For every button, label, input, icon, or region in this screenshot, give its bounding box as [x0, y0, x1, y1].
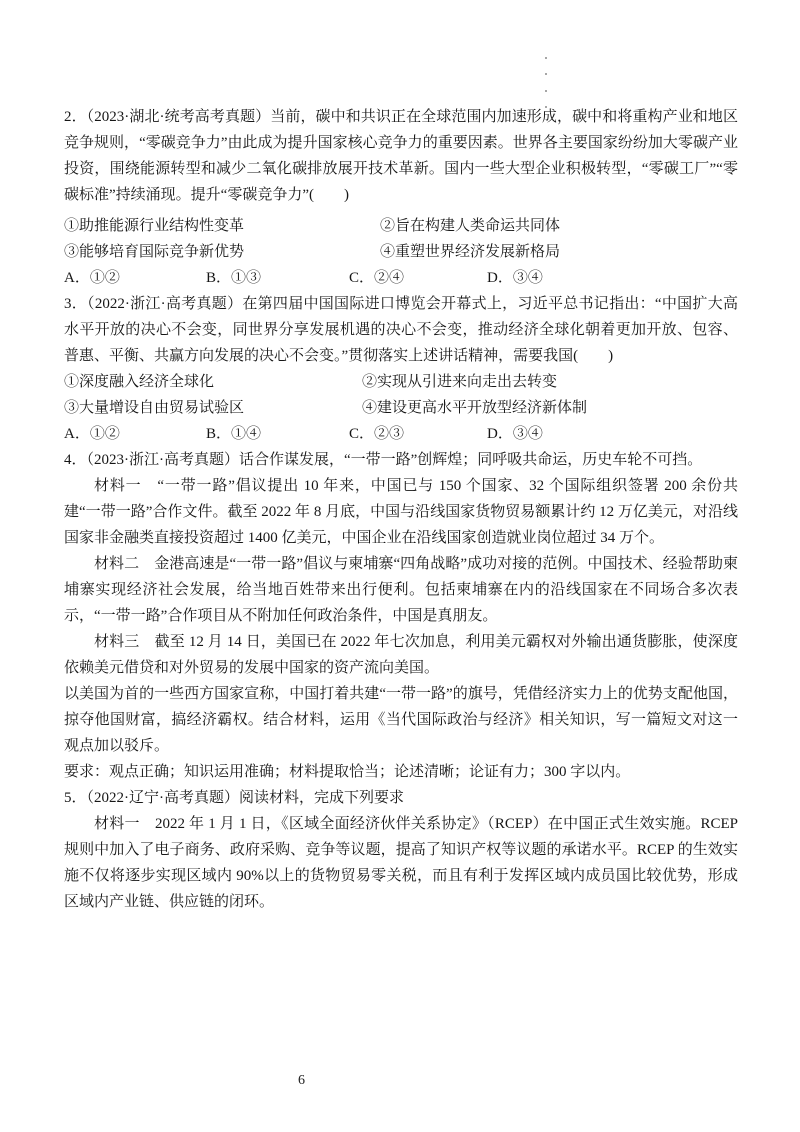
- question-4-material-3: 材料三 截至 12 月 14 日，美国已在 2022 年七次加息，利用美元霸权对…: [64, 629, 738, 681]
- question-2-options: ①助推能源行业结构性变革 ②旨在构建人类命运共同体 ③能够培育国际竞争新优势 ④…: [64, 213, 738, 265]
- question-3-options: ①深度融入经济全球化 ②实现从引进来向走出去转变 ③大量增设自由贸易试验区 ④建…: [64, 369, 738, 421]
- document-page: 2．（2023·湖北·统考高考真题）当前，碳中和共识正在全球范围内加速形成，碳中…: [0, 0, 800, 1132]
- scan-artifact-dot: [545, 73, 547, 75]
- question-3-option-4: ④建设更高水平开放型经济新体制: [362, 395, 738, 421]
- question-3-option-2: ②实现从引进来向走出去转变: [362, 369, 738, 395]
- scan-artifact-dot: [545, 57, 547, 59]
- question-3-option-1: ①深度融入经济全球化: [64, 369, 362, 395]
- question-5-stem: 5．（2022·辽宁·高考真题）阅读材料，完成下列要求: [64, 785, 738, 811]
- question-3-choice-c: C．②③: [349, 421, 487, 447]
- question-2-option-3: ③能够培育国际竞争新优势: [64, 239, 380, 265]
- question-2-stem: 2．（2023·湖北·统考高考真题）当前，碳中和共识正在全球范围内加速形成，碳中…: [64, 104, 738, 208]
- scan-artifact-dot: [545, 90, 547, 92]
- question-2-answer-row: A．①② B．①③ C．②④ D．③④: [64, 265, 738, 291]
- question-4-material-2: 材料二 金港高速是“一带一路”倡议与柬埔寨“四角战略”成功对接的范例。中国技术、…: [64, 551, 738, 629]
- question-2-choice-b: B．①③: [206, 265, 349, 291]
- question-5-material-1: 材料一 2022 年 1 月 1 日，《区域全面经济伙伴关系协定》（RCEP）在…: [64, 811, 738, 915]
- question-3-option-3: ③大量增设自由贸易试验区: [64, 395, 362, 421]
- question-2-option-2: ②旨在构建人类命运共同体: [380, 213, 738, 239]
- question-3-answer-row: A．①② B．①④ C．②③ D．③④: [64, 421, 738, 447]
- question-4-requirements: 要求：观点正确；知识运用准确；材料提取恰当；论述清晰；论证有力；300 字以内。: [64, 759, 738, 785]
- question-3-choice-a: A．①②: [64, 421, 206, 447]
- question-4-material-1: 材料一 “一带一路”倡议提出 10 年来，中国已与 150 个国家、32 个国际…: [64, 473, 738, 551]
- question-2-option-4: ④重塑世界经济发展新格局: [380, 239, 738, 265]
- question-2-choice-d: D．③④: [487, 265, 543, 291]
- question-3-choice-d: D．③④: [487, 421, 543, 447]
- question-4-stem: 4．（2023·浙江·高考真题）话合作谋发展，“一带一路”创辉煌；同呼吸共命运，…: [64, 447, 738, 473]
- question-2-option-1: ①助推能源行业结构性变革: [64, 213, 380, 239]
- question-2-choice-a: A．①②: [64, 265, 206, 291]
- exam-content: 2．（2023·湖北·统考高考真题）当前，碳中和共识正在全球范围内加速形成，碳中…: [64, 104, 738, 915]
- question-3-choice-b: B．①④: [206, 421, 349, 447]
- question-3-stem: 3．（2022·浙江·高考真题）在第四届中国国际进口博览会开幕式上，习近平总书记…: [64, 291, 738, 369]
- page-number: 6: [298, 1071, 305, 1091]
- question-2-choice-c: C．②④: [349, 265, 487, 291]
- question-4-critique-task: 以美国为首的一些西方国家宣称，中国打着共建“一带一路”的旗号，凭借经济实力上的优…: [64, 681, 738, 759]
